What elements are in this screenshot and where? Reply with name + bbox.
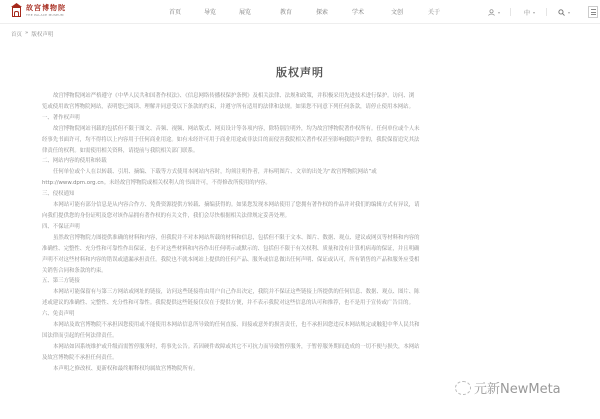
paragraph-line: 向我们提供您的身份证明及您对该作品拥有著作权的有关文件，我们会尽快根据相关法律规… bbox=[42, 211, 562, 222]
palace-museum-logo-icon bbox=[11, 3, 22, 18]
paragraph-line: 本网站可能有部分信息是从内容合作方、免费资源提供方转载、摘编获得的。如果您发现本… bbox=[42, 200, 562, 211]
divider bbox=[510, 8, 511, 16]
paragraph-line: 故宫博物院网站严格遵守《中华人民共和国著作权法》、《信息网络传播权保护条例》及相… bbox=[42, 91, 562, 102]
divider bbox=[546, 8, 547, 16]
section-heading: 四、不保证声明 bbox=[42, 222, 562, 233]
hamburger-menu-button[interactable] bbox=[588, 6, 598, 18]
breadcrumb-current: 版权声明 bbox=[31, 30, 53, 38]
paragraph-line: 本网站可能保留有与第三方网站或网址的链接，访问这些链接将由用户自己作出决定，我院… bbox=[42, 287, 562, 298]
site-header: 故宫博物院 THE PALACE MUSEUM 首页导览展览教育探索学术文创关于… bbox=[0, 0, 600, 24]
paragraph-line: 故宫博物院网站刊载的包括但不限于图文、音频、视频、网站版式、网页设计等各项内容，… bbox=[42, 124, 562, 135]
breadcrumb-separator: » bbox=[25, 30, 28, 38]
user-icon bbox=[488, 9, 495, 16]
logo-name-cn: 故宫博物院 bbox=[26, 4, 66, 13]
logo-name-en: THE PALACE MUSEUM bbox=[26, 13, 66, 17]
chevron-down-icon: ▾ bbox=[568, 10, 570, 15]
nav-item[interactable]: 首页 bbox=[169, 7, 181, 16]
watermark: 元新NewMeta bbox=[455, 378, 561, 397]
chevron-down-icon: ▾ bbox=[498, 10, 500, 15]
paragraph-line: 任何单位或个人在以转载、引用、摘编、下载等方式使用本网站内容时，均须注明作者，并… bbox=[42, 167, 562, 178]
paragraph-line: http://www.dpm.org.cn。未经故宫博物院或相关权利人的书面许可… bbox=[42, 178, 562, 189]
copyright-statement-body: 故宫博物院网站严格遵守《中华人民共和国著作权法》、《信息网络传播权保护条例》及相… bbox=[42, 91, 562, 375]
watermark-logo-icon bbox=[455, 381, 471, 395]
site-logo[interactable]: 故宫博物院 THE PALACE MUSEUM bbox=[11, 3, 66, 18]
paragraph-line: 览或使用故宫博物院网站，表明您已阅读、理解并同意受以下条款的约束，并遵守所有适用… bbox=[42, 102, 562, 113]
language-switcher[interactable]: 中 ▾ bbox=[524, 5, 535, 19]
paragraph-line: 关销售合同和条款的约束。 bbox=[42, 266, 562, 277]
nav-item[interactable]: 文创 bbox=[391, 7, 403, 16]
paragraph-line: 本网站如因系统维护或升级而需暂停服务时，将事先公告。若因硬件故障或其它不可抗力而… bbox=[42, 342, 562, 353]
paragraph-line: 律责任的权利。如需使用相关资料，请提前与我院相关部门联系。 bbox=[42, 146, 562, 157]
breadcrumb-home[interactable]: 首页 bbox=[11, 30, 22, 38]
watermark-text: 元新NewMeta bbox=[474, 378, 561, 397]
breadcrumb: 首页 » 版权声明 bbox=[11, 30, 53, 38]
nav-item[interactable]: 学术 bbox=[352, 7, 364, 16]
paragraph-line: 虽然故宫博物院力图提供准确的材料和内容，但我院并不对本网站所载的材料和信息，包括… bbox=[42, 233, 562, 244]
user-menu[interactable]: ▾ bbox=[488, 5, 500, 19]
paragraph-line: 准确性、完整性、充分性和可靠性作出保证，也不对这些材料和内容作出任何明示或默示的… bbox=[42, 244, 562, 255]
menu-icon bbox=[591, 9, 596, 10]
paragraph-line: 声明不对这些材料和内容的错误或遗漏承担责任。我院也不就本网站上提供的任何产品、服… bbox=[42, 255, 562, 266]
search-button[interactable]: ▾ bbox=[558, 5, 570, 19]
section-heading: 六、免责声明 bbox=[42, 309, 562, 320]
paragraph-line: 及故宫博物院不承担任何责任。 bbox=[42, 353, 562, 364]
section-heading: 五、第三方链接 bbox=[42, 276, 562, 287]
section-heading: 二、网站内容的使用和转载 bbox=[42, 156, 562, 167]
paragraph-line: 述或建议的准确性、完整性、充分性和可靠性。我院提供这些链接仅仅在于提供方便，并不… bbox=[42, 298, 562, 309]
paragraph-line: 本声明之修改权、更新权和最终解释权均属故宫博物院所有。 bbox=[42, 364, 562, 375]
chevron-down-icon: ▾ bbox=[533, 10, 535, 15]
page-title: 版权声明 bbox=[0, 64, 600, 80]
language-label: 中 bbox=[524, 8, 530, 17]
paragraph-line: 经事先书面许可，均不得将以上内容用于任何商业用途。如有未经许可用于商业用途或非法… bbox=[42, 135, 562, 146]
search-icon bbox=[558, 9, 565, 16]
nav-item[interactable]: 关于 bbox=[428, 7, 440, 16]
paragraph-line: 国法律而引起的任何法律责任。 bbox=[42, 331, 562, 342]
nav-item[interactable]: 探索 bbox=[316, 7, 328, 16]
paragraph-line: 本网站及故宫博物院不承担因您使用或不能使用本网站信息所导致的任何直接、间接或意外… bbox=[42, 320, 562, 331]
nav-item[interactable]: 导览 bbox=[204, 7, 216, 16]
section-heading: 三、侵权通知 bbox=[42, 189, 562, 200]
nav-item[interactable]: 教育 bbox=[280, 7, 292, 16]
nav-item[interactable]: 展览 bbox=[239, 7, 251, 16]
section-heading: 一、著作权声明 bbox=[42, 113, 562, 124]
